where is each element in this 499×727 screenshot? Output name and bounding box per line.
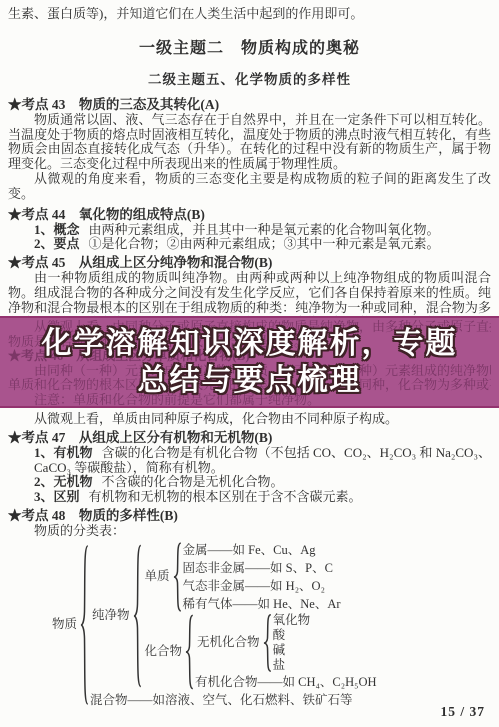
intro-text: 生素、蛋白质等)，并知道它们在人类生活中起到的作用即可。	[8, 0, 491, 22]
tree-root-row: 物质 纯净物 单质	[50, 541, 491, 709]
tree-leaf-base: 碱	[273, 643, 311, 658]
tree-node-inorganic: 无机化合物	[195, 635, 262, 650]
kp47-item-organic-label: 1、有机物	[34, 445, 93, 460]
primary-theme-heading: 一级主题二 物质构成的奥秘	[8, 38, 491, 57]
substance-classification-tree: 物质 纯净物 单质	[50, 541, 491, 709]
tree-node-pure: 纯净物	[90, 608, 132, 623]
kp44-item-concept-text: 由两种元素组成，并且其中一种是氧元素的化合物叫氧化物。	[89, 222, 440, 237]
tree-leaf-mixture: 混合物——如溶液、空气、化石燃料、铁矿石等	[90, 691, 377, 709]
tree-element-row: 单质 金属——如 Fe、Cu、Ag 固态非金属——如 S、P、C 气态非金属——…	[143, 541, 377, 613]
tree-node-compound: 化合物	[143, 644, 185, 659]
banner-title-line-2: 总结与要点梳理	[138, 362, 362, 399]
curly-brace-icon	[184, 613, 195, 691]
tree-leaf-organic: 有机化合物——如 CH₄、C₂H₅OH	[195, 673, 376, 691]
kp47-item-inorganic-text: 不含碳的化合物是无机化合物。	[102, 474, 284, 489]
kp44-item-concept: 1、概念由两种元素组成，并且其中一种是氧元素的化合物叫氧化物。	[8, 223, 491, 238]
page-number: 15 / 37	[440, 705, 485, 720]
curly-brace-icon	[262, 613, 273, 673]
tree-node-element: 单质	[143, 569, 172, 584]
banner-title-line-1: 化学溶解知识深度解析，专题	[42, 325, 458, 362]
kp47-item-organic-text: 含碳的化合物是有机化合物（不包括 CO、CO₂、H₂CO₃ 和 Na₂CO₃、C…	[34, 445, 491, 475]
curly-brace-icon	[172, 541, 183, 613]
kp48-intro: 物质的分类表：	[8, 524, 491, 539]
kp43-paragraph-1: 物质通常以固、液、气三态存在于自然界中，并且在一定条件下可以相互转化。当温度处于…	[8, 113, 491, 172]
document-page: 生素、蛋白质等)，并知道它们在人类生活中起到的作用即可。 一级主题二 物质构成的…	[0, 0, 499, 727]
kp43-heading: ★考点 43 物质的三态及其转化(A)	[8, 97, 491, 113]
tree-leaf-gas-nonmetal: 气态非金属——如 H₂、O₂	[183, 577, 341, 595]
kp45-heading: ★考点 45 从组成上区分纯净物和混合物(B)	[8, 255, 491, 271]
kp47-item-organic: 1、有机物含碳的化合物是有机化合物（不包括 CO、CO₂、H₂CO₃ 和 Na₂…	[8, 446, 491, 476]
curly-brace-icon	[79, 541, 90, 709]
kp47-item-difference-label: 3、区别	[34, 489, 80, 504]
tree-element-items: 金属——如 Fe、Cu、Ag 固态非金属——如 S、P、C 气态非金属——如 H…	[183, 541, 341, 613]
tree-inorganic-row: 无机化合物 氧化物 酸 碱 盐	[195, 613, 376, 673]
tree-pure-row: 纯净物 单质 金属——如 Fe、Cu、Ag	[90, 541, 377, 691]
tree-leaf-noble-gas: 稀有气体——如 He、Ne、Ar	[183, 595, 341, 613]
kp47-item-inorganic-label: 2、无机物	[34, 474, 93, 489]
tree-root-children: 纯净物 单质 金属——如 Fe、Cu、Ag	[90, 541, 377, 709]
kp44-item-points-text: ①是化合物；②由两种元素组成；③其中一种元素是氧元素。	[89, 236, 440, 251]
upper-text-region: 生素、蛋白质等)，并知道它们在人类生活中起到的作用即可。 一级主题二 物质构成的…	[0, 0, 499, 316]
curly-brace-icon	[132, 541, 143, 691]
kp47-heading: ★考点 47 从组成上区分有机物和无机物(B)	[8, 430, 491, 446]
kp47-item-difference-text: 有机物和无机物的根本区别在于含不含碳元素。	[89, 489, 362, 504]
secondary-theme-heading: 二级主题五、化学物质的多样性	[8, 72, 491, 88]
watermark-banner: 从微观上看，由同种分子或原子直接构成的物质是纯净物，由多种分子或原子直接构成的 …	[0, 316, 499, 408]
tree-inorganic-items: 氧化物 酸 碱 盐	[273, 613, 311, 673]
tree-leaf-acid: 酸	[273, 628, 311, 643]
kp46-micro-line: 从微观上看，单质由同种原子构成，化合物由不同种原子构成。	[8, 408, 491, 427]
tree-leaf-oxide: 氧化物	[273, 613, 311, 628]
kp44-item-concept-label: 1、概念	[34, 222, 80, 237]
kp47-items: 1、有机物含碳的化合物是有机化合物（不包括 CO、CO₂、H₂CO₃ 和 Na₂…	[8, 446, 491, 505]
tree-compound-children: 无机化合物 氧化物 酸 碱 盐	[195, 613, 376, 691]
banner-title: 化学溶解知识深度解析，专题 总结与要点梳理	[0, 318, 499, 406]
kp48-heading: ★考点 48 物质的多样性(B)	[8, 508, 491, 524]
kp47-item-inorganic: 2、无机物不含碳的化合物是无机化合物。	[8, 475, 491, 490]
tree-leaf-metal: 金属——如 Fe、Cu、Ag	[183, 541, 341, 559]
tree-compound-row: 化合物 无机化合物	[143, 613, 377, 691]
kp45-paragraph: 由一种物质组成的物质叫纯净物。由两种或两种以上纯净物组成的物质叫混合物。组成混合…	[8, 271, 491, 316]
tree-pure-children: 单质 金属——如 Fe、Cu、Ag 固态非金属——如 S、P、C 气态非金属——…	[143, 541, 377, 691]
tree-node-substance: 物质	[50, 617, 79, 632]
kp44-heading: ★考点 44 氧化物的组成特点(B)	[8, 207, 491, 223]
kp43-paragraph-2: 从微观的角度来看，物质的三态变化主要是构成物质的粒子间的距离发生了改变。	[8, 172, 491, 202]
tree-leaf-solid-nonmetal: 固态非金属——如 S、P、C	[183, 559, 341, 577]
kp47-item-difference: 3、区别有机物和无机物的根本区别在于含不含碳元素。	[8, 490, 491, 505]
kp44-item-points: 2、要点①是化合物；②由两种元素组成；③其中一种元素是氧元素。	[8, 237, 491, 252]
lower-text-region: 从微观上看，单质由同种原子构成，化合物由不同种原子构成。 ★考点 47 从组成上…	[0, 408, 499, 727]
tree-leaf-salt: 盐	[273, 658, 311, 673]
kp44-item-points-label: 2、要点	[34, 236, 80, 251]
